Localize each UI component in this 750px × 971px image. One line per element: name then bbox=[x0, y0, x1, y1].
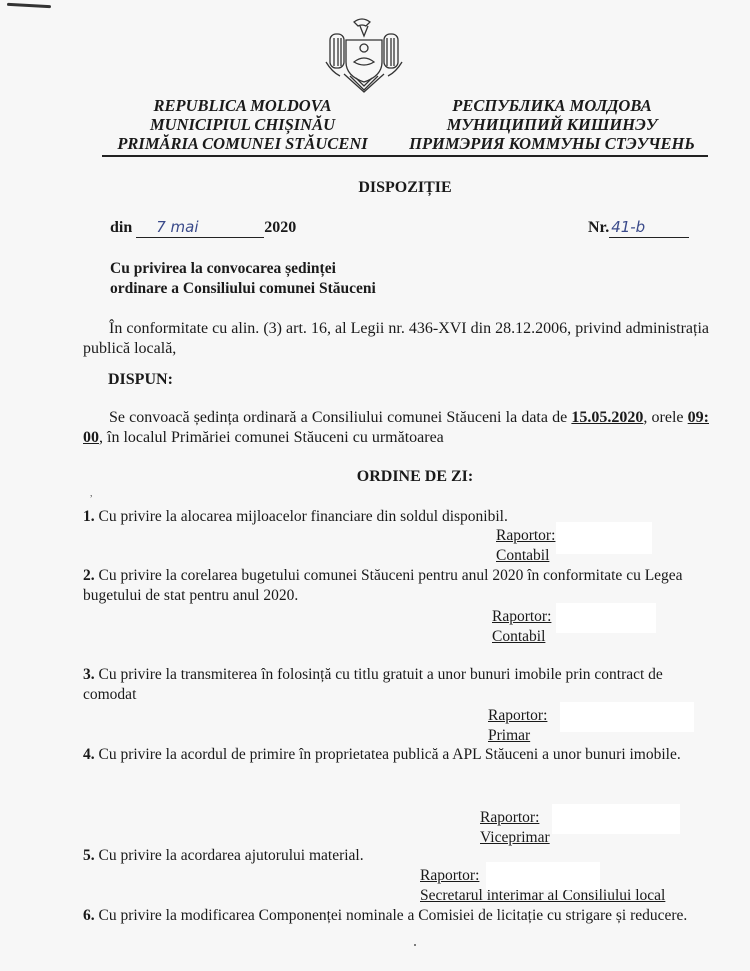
number-prefix: Nr. bbox=[588, 219, 609, 236]
item-text: Cu privire la acordul de primire în prop… bbox=[99, 746, 681, 763]
convocation-paragraph: Se convoacă ședința ordinară a Consiliul… bbox=[83, 408, 709, 448]
item-text: Cu privire la transmiterea în folosință … bbox=[83, 666, 663, 703]
rapporteur-role: Contabil bbox=[496, 546, 555, 566]
town-hall-ru: ПРИМЭРИЯ КОММУНЫ СТЭУЧЕНЬ bbox=[392, 134, 712, 153]
rapporteur-label: Raportor: bbox=[492, 607, 551, 627]
rapporteur-label: Raportor: bbox=[496, 526, 555, 546]
item-number: 3. bbox=[83, 666, 95, 683]
redaction-box bbox=[486, 862, 600, 890]
redaction-box bbox=[552, 804, 680, 834]
rapporteur: Raportor:Contabil bbox=[496, 526, 555, 566]
document-subject: Cu privirea la convocarea ședinței ordin… bbox=[110, 259, 376, 299]
number-field: 41-b bbox=[609, 218, 689, 238]
date-prefix: din bbox=[110, 219, 132, 236]
rapporteur: Raportor:Contabil bbox=[492, 607, 551, 647]
rapporteur-label: Raportor: bbox=[488, 706, 547, 726]
agenda-item: 4. Cu privire la acordul de primire în p… bbox=[83, 745, 709, 765]
session-date: 15.05.2020 bbox=[571, 409, 643, 426]
subject-line-1: Cu privirea la convocarea ședinței bbox=[110, 259, 376, 279]
municipality-ru: МУНИЦИПИЙ КИШИНЭУ bbox=[392, 115, 712, 134]
rapporteur-role: Primar bbox=[488, 726, 547, 746]
handwritten-date: 7 mai bbox=[156, 218, 198, 236]
item-number: 2. bbox=[83, 567, 95, 584]
item-text: Cu privire la alocarea mijloacelor finan… bbox=[99, 508, 508, 525]
item-number: 5. bbox=[83, 847, 95, 864]
dispun-heading: DISPUN: bbox=[108, 371, 173, 389]
document-title: DISPOZIȚIE bbox=[0, 179, 750, 197]
rapporteur: Raportor:Primar bbox=[488, 706, 547, 746]
country-name-ro: REPUBLICA MOLDOVA bbox=[110, 96, 375, 115]
rapporteur-label: Raportor: bbox=[480, 808, 550, 828]
item-number: 1. bbox=[83, 508, 95, 525]
municipality-ro: MUNICIPIUL CHIȘINĂU bbox=[110, 115, 375, 134]
scan-mark bbox=[7, 3, 51, 8]
convocation-text-post: , în localul Primăriei comunei Stăuceni … bbox=[99, 429, 444, 446]
item-text: Cu privire la corelarea bugetului comune… bbox=[83, 567, 683, 604]
header-left: REPUBLICA MOLDOVA MUNICIPIUL CHIȘINĂU PR… bbox=[110, 96, 375, 153]
stray-mark: , bbox=[90, 488, 93, 499]
agenda-item: 6. Cu privire la modificarea Componenței… bbox=[83, 906, 709, 926]
redaction-box bbox=[556, 522, 652, 554]
stray-dot bbox=[414, 944, 416, 946]
coat-of-arms-icon bbox=[324, 14, 404, 96]
handwritten-number: 41-b bbox=[611, 218, 645, 236]
agenda-title: ORDINE DE ZI: bbox=[0, 468, 750, 486]
document-number: Nr.41-b bbox=[588, 218, 689, 238]
redaction-box bbox=[560, 702, 694, 732]
item-number: 4. bbox=[83, 746, 95, 763]
item-text: Cu privire la modificarea Componenței no… bbox=[99, 907, 688, 924]
header-right: РЕСПУБЛИКА МОЛДОВА МУНИЦИПИЙ КИШИНЭУ ПРИ… bbox=[392, 96, 712, 153]
country-name-ru: РЕСПУБЛИКА МОЛДОВА bbox=[392, 96, 712, 115]
item-text: Cu privire la acordarea ajutorului mater… bbox=[99, 847, 364, 864]
legal-basis-paragraph: În conformitate cu alin. (3) art. 16, al… bbox=[83, 319, 709, 359]
subject-line-2: ordinare a Consiliului comunei Stăuceni bbox=[110, 279, 376, 299]
item-number: 6. bbox=[83, 907, 95, 924]
rapporteur: Raportor:Viceprimar bbox=[480, 808, 550, 848]
rapporteur-role: Contabil bbox=[492, 627, 551, 647]
document-date: din 7 mai2020 bbox=[110, 218, 296, 238]
header-divider bbox=[102, 155, 708, 157]
convocation-text-mid: , orele bbox=[643, 409, 687, 426]
town-hall-ro: PRIMĂRIA COMUNEI STĂUCENI bbox=[110, 134, 375, 153]
date-field: 7 mai bbox=[136, 218, 264, 238]
agenda-item: 2. Cu privire la corelarea bugetului com… bbox=[83, 566, 709, 606]
agenda-item: 5. Cu privire la acordarea ajutorului ma… bbox=[83, 846, 709, 866]
rapporteur-role: Viceprimar bbox=[480, 828, 550, 848]
date-year: 2020 bbox=[264, 219, 296, 236]
convocation-text: Se convoacă ședința ordinară a Consiliul… bbox=[109, 409, 571, 426]
agenda-item: 3. Cu privire la transmiterea în folosin… bbox=[83, 665, 709, 705]
redaction-box bbox=[556, 603, 656, 633]
